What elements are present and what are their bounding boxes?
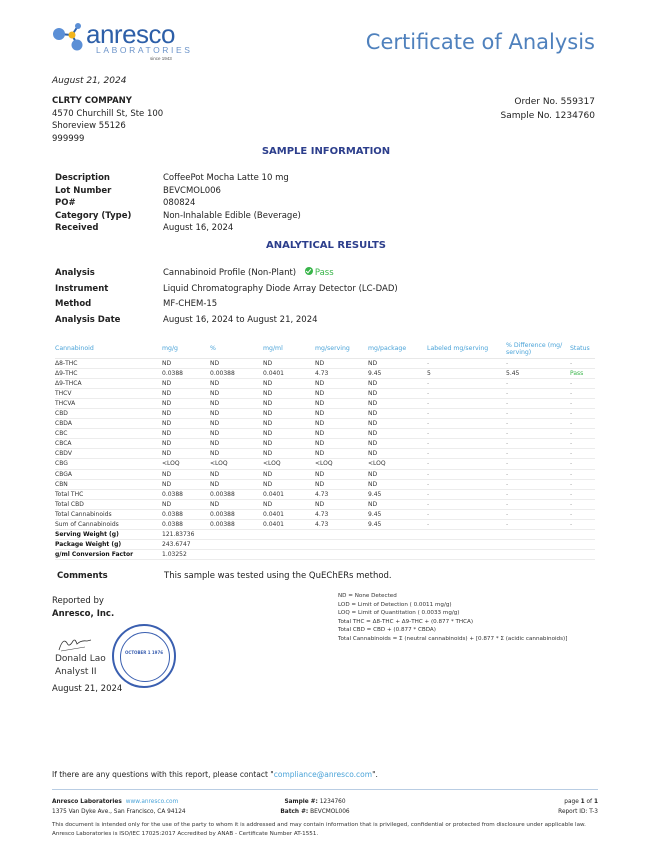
- table-cell: 4.73: [315, 509, 368, 519]
- summary-value: 1.03252: [162, 550, 210, 560]
- empty-cell: [210, 540, 595, 550]
- note-line: LOD = Limit of Detection ( 0.0011 mg/g): [338, 601, 567, 610]
- page-total: 1: [594, 799, 598, 805]
- table-cell: ND: [162, 439, 210, 449]
- reported-by: Reported by Anresco, Inc.: [52, 595, 114, 620]
- analysis-field: Analysis Cannabinoid Profile (Non-Plant)…: [55, 266, 398, 282]
- table-cell: Pass: [570, 368, 595, 378]
- table-cell: ND: [368, 419, 427, 429]
- table-cell: -: [427, 520, 506, 530]
- table-cell: 9.45: [368, 489, 427, 499]
- sample-field: DescriptionCoffeePot Mocha Latte 10 mg: [55, 172, 301, 185]
- footer-address: 1375 Van Dyke Ave., San Francisco, CA 94…: [52, 807, 186, 817]
- table-cell: ND: [368, 439, 427, 449]
- table-summary-row: g/ml Conversion Factor1.03252: [55, 550, 595, 560]
- signature-image: [55, 635, 95, 653]
- table-cell: ND: [368, 429, 427, 439]
- table-cell: -: [506, 439, 570, 449]
- table-row: Total Cannabinoids0.03880.003880.04014.7…: [55, 509, 595, 519]
- note-line: Total Cannabinoids = Σ (neutral cannabin…: [338, 635, 567, 644]
- client-address-line: Shoreview 55126: [52, 120, 163, 133]
- table-cell: -: [506, 408, 570, 418]
- table-cell: -: [506, 459, 570, 469]
- analysis-value: Cannabinoid Profile (Non-Plant): [163, 268, 296, 278]
- cannabinoid-name: Δ8-THC: [55, 358, 162, 368]
- footer-sample-label: Sample #:: [284, 799, 317, 805]
- cannabinoid-name: CBDA: [55, 419, 162, 429]
- table-cell: -: [570, 459, 595, 469]
- analysis-field: Analysis DateAugust 16, 2024 to August 2…: [55, 313, 398, 329]
- table-row: THCVNDNDNDNDND---: [55, 388, 595, 398]
- field-label: Instrument: [55, 282, 163, 298]
- note-line: Total CBD = CBD + (0.877 * CBDA): [338, 626, 567, 635]
- table-cell: -: [427, 388, 506, 398]
- table-cell: -: [570, 408, 595, 418]
- cannabinoid-name: THCVA: [55, 398, 162, 408]
- table-cell: <LOQ: [210, 459, 263, 469]
- table-cell: 0.00388: [210, 368, 263, 378]
- table-cell: <LOQ: [315, 459, 368, 469]
- document-title: Certificate of Analysis: [366, 30, 595, 54]
- sample-information-fields: DescriptionCoffeePot Mocha Latte 10 mg L…: [55, 172, 301, 235]
- footer-company: Anresco Laboratories: [52, 799, 122, 805]
- footer-batch-value: BEVCMOL006: [310, 809, 350, 815]
- logo-since: since 1943: [150, 56, 172, 61]
- table-body: Δ8-THCNDNDNDNDND---Δ9-THC0.03880.003880.…: [55, 358, 595, 560]
- table-cell: -: [506, 429, 570, 439]
- table-cell: ND: [315, 469, 368, 479]
- table-cell: ND: [315, 378, 368, 388]
- table-cell: ND: [210, 469, 263, 479]
- table-row: CBDNDNDNDNDND---: [55, 408, 595, 418]
- table-cell: -: [427, 408, 506, 418]
- table-cell: -: [506, 479, 570, 489]
- check-circle-icon: [305, 267, 313, 275]
- table-cell: 9.45: [368, 368, 427, 378]
- cannabinoid-name: Total Cannabinoids: [55, 509, 162, 519]
- reported-by-org: Anresco, Inc.: [52, 608, 114, 621]
- table-cell: ND: [315, 499, 368, 509]
- field-value: BEVCMOL006: [163, 185, 221, 198]
- table-cell: ND: [210, 449, 263, 459]
- footer-page-info: page 1 of 1 Report ID: T-3: [558, 797, 598, 817]
- table-cell: -: [506, 419, 570, 429]
- column-header: % Difference (mg/ serving): [506, 340, 570, 358]
- table-cell: -: [570, 358, 595, 368]
- table-row: CBDANDNDNDNDND---: [55, 419, 595, 429]
- table-cell: ND: [263, 388, 315, 398]
- sample-field: Lot NumberBEVCMOL006: [55, 185, 301, 198]
- analytical-results-heading: ANALYTICAL RESULTS: [0, 240, 652, 251]
- analysis-field: MethodMF-CHEM-15: [55, 297, 398, 313]
- logo-wordmark: anresco: [86, 20, 175, 48]
- table-cell: ND: [368, 388, 427, 398]
- table-row: Δ9-THC0.03880.003880.04014.739.4555.45Pa…: [55, 368, 595, 378]
- contact-prefix: If there are any questions with this rep…: [52, 770, 274, 779]
- table-cell: -: [570, 499, 595, 509]
- table-cell: ND: [210, 358, 263, 368]
- cannabinoid-name: Sum of Cannabinoids: [55, 520, 162, 530]
- legal-disclaimer: This document is intended only for the u…: [52, 821, 602, 839]
- cannabinoid-name: Total THC: [55, 489, 162, 499]
- table-cell: ND: [263, 419, 315, 429]
- table-cell: 0.0388: [162, 368, 210, 378]
- table-cell: ND: [162, 378, 210, 388]
- table-cell: 4.73: [315, 368, 368, 378]
- order-info: Order No. 559317 Sample No. 1234760: [501, 95, 596, 123]
- table-cell: <LOQ: [162, 459, 210, 469]
- summary-label: g/ml Conversion Factor: [55, 550, 162, 560]
- cannabinoid-name: Δ9-THC: [55, 368, 162, 378]
- table-cell: ND: [210, 378, 263, 388]
- table-cell: -: [570, 429, 595, 439]
- table-cell: 0.0388: [162, 489, 210, 499]
- table-cell: -: [570, 439, 595, 449]
- table-row: CBGANDNDNDNDND---: [55, 469, 595, 479]
- table-cell: ND: [368, 378, 427, 388]
- table-cell: -: [427, 499, 506, 509]
- table-cell: 0.0401: [263, 368, 315, 378]
- table-cell: ND: [162, 388, 210, 398]
- footer-batch-label: Batch #:: [280, 809, 308, 815]
- comments-section: Comments This sample was tested using th…: [57, 571, 392, 581]
- table-cell: -: [427, 378, 506, 388]
- summary-value: 121.83736: [162, 530, 210, 540]
- cannabinoid-name: CBC: [55, 429, 162, 439]
- table-cell: -: [427, 469, 506, 479]
- field-label: PO#: [55, 197, 163, 210]
- cannabinoid-name: CBG: [55, 459, 162, 469]
- table-cell: -: [570, 449, 595, 459]
- table-cell: ND: [210, 419, 263, 429]
- table-row: CBG<LOQ<LOQ<LOQ<LOQ<LOQ---: [55, 459, 595, 469]
- table-cell: ND: [315, 358, 368, 368]
- summary-label: Package Weight (g): [55, 540, 162, 550]
- field-label: Analysis Date: [55, 313, 163, 329]
- column-header: Cannabinoid: [55, 340, 162, 358]
- table-row: Sum of Cannabinoids0.03880.003880.04014.…: [55, 520, 595, 530]
- cannabinoid-name: CBD: [55, 408, 162, 418]
- table-cell: 0.0401: [263, 489, 315, 499]
- table-summary-row: Serving Weight (g)121.83736: [55, 530, 595, 540]
- table-cell: 0.0388: [162, 520, 210, 530]
- client-address-line: 999999: [52, 133, 163, 146]
- table-cell: -: [427, 509, 506, 519]
- table-cell: ND: [162, 408, 210, 418]
- table-cell: ND: [263, 499, 315, 509]
- table-cell: ND: [210, 398, 263, 408]
- table-cell: ND: [162, 398, 210, 408]
- empty-cell: [210, 550, 595, 560]
- table-cell: 0.00388: [210, 509, 263, 519]
- empty-cell: [210, 530, 595, 540]
- table-row: Δ8-THCNDNDNDNDND---: [55, 358, 595, 368]
- field-label: Method: [55, 297, 163, 313]
- table-cell: ND: [315, 419, 368, 429]
- table-cell: ND: [368, 408, 427, 418]
- table-cell: -: [570, 479, 595, 489]
- summary-value: 243.6747: [162, 540, 210, 550]
- table-cell: ND: [162, 419, 210, 429]
- footer-sample-info: Sample #: 1234760 Batch #: BEVCMOL006: [240, 797, 390, 817]
- table-cell: ND: [263, 479, 315, 489]
- table-cell: -: [427, 429, 506, 439]
- column-header: mg/serving: [315, 340, 368, 358]
- table-row: CBCNDNDNDNDND---: [55, 429, 595, 439]
- table-cell: ND: [210, 479, 263, 489]
- table-cell: -: [506, 378, 570, 388]
- table-cell: ND: [315, 408, 368, 418]
- table-cell: ND: [315, 479, 368, 489]
- table-cell: -: [427, 489, 506, 499]
- table-cell: ND: [368, 469, 427, 479]
- order-number: Order No. 559317: [501, 95, 596, 109]
- table-cell: ND: [210, 499, 263, 509]
- field-label: Category (Type): [55, 210, 163, 223]
- field-label: Received: [55, 222, 163, 235]
- table-cell: ND: [263, 408, 315, 418]
- table-cell: -: [570, 520, 595, 530]
- field-value: Cannabinoid Profile (Non-Plant) Pass: [163, 266, 334, 282]
- contact-suffix: ".: [372, 770, 378, 779]
- signature-date: August 21, 2024: [52, 684, 122, 694]
- cannabinoid-results-table: Cannabinoidmg/g%mg/mlmg/servingmg/packag…: [55, 340, 595, 560]
- analysis-status: Pass: [315, 268, 334, 278]
- logo-subtitle: LABORATORIES: [96, 45, 193, 55]
- analysis-status-badge: Pass: [305, 268, 334, 278]
- table-cell: -: [506, 469, 570, 479]
- cannabinoid-name: Δ9-THCA: [55, 378, 162, 388]
- table-cell: -: [427, 449, 506, 459]
- table-cell: ND: [315, 449, 368, 459]
- field-value: 080824: [163, 197, 195, 210]
- client-name: CLRTY COMPANY: [52, 95, 163, 108]
- table-cell: -: [506, 520, 570, 530]
- table-cell: ND: [162, 499, 210, 509]
- note-line: ND = None Detected: [338, 592, 567, 601]
- table-cell: ND: [210, 388, 263, 398]
- table-cell: 4.73: [315, 520, 368, 530]
- contact-line: If there are any questions with this rep…: [52, 770, 378, 779]
- table-cell: -: [427, 459, 506, 469]
- definitions-notes: ND = None Detected LOD = Limit of Detect…: [338, 592, 567, 644]
- footer-sample-value: 1234760: [320, 799, 346, 805]
- signer-title: Analyst II: [55, 666, 106, 679]
- note-line: Total THC = Δ8-THC + Δ9-THC + (0.877 * T…: [338, 618, 567, 627]
- cannabinoid-name: THCV: [55, 388, 162, 398]
- signer-block: Donald Lao Analyst II: [55, 653, 106, 679]
- field-label: Analysis: [55, 266, 163, 282]
- table-cell: 0.0388: [162, 509, 210, 519]
- table-row: Total CBDNDNDNDNDND---: [55, 499, 595, 509]
- page-current: 1: [581, 799, 585, 805]
- table-cell: ND: [368, 479, 427, 489]
- table-cell: ND: [263, 429, 315, 439]
- field-value: Liquid Chromatography Diode Array Detect…: [163, 282, 398, 298]
- table-cell: -: [427, 358, 506, 368]
- table-row: CBDVNDNDNDNDND---: [55, 449, 595, 459]
- signer-name: Donald Lao: [55, 653, 106, 666]
- table-cell: -: [570, 388, 595, 398]
- footer-website-link[interactable]: www.anresco.com: [126, 799, 178, 805]
- table-cell: -: [570, 398, 595, 408]
- table-cell: <LOQ: [368, 459, 427, 469]
- field-value: CoffeePot Mocha Latte 10 mg: [163, 172, 289, 185]
- table-cell: ND: [368, 358, 427, 368]
- table-cell: ND: [263, 469, 315, 479]
- table-cell: -: [570, 378, 595, 388]
- seal-text: OCTOBER 1 1976: [114, 650, 174, 655]
- sample-field: Category (Type)Non-Inhalable Edible (Bev…: [55, 210, 301, 223]
- company-logo: anresco LABORATORIES since 1943: [52, 20, 192, 60]
- table-cell: ND: [162, 358, 210, 368]
- table-cell: ND: [162, 449, 210, 459]
- column-header: mg/package: [368, 340, 427, 358]
- table-cell: ND: [315, 388, 368, 398]
- column-header: mg/ml: [263, 340, 315, 358]
- report-date: August 21, 2024: [52, 76, 126, 86]
- field-label: Description: [55, 172, 163, 185]
- field-value: MF-CHEM-15: [163, 297, 217, 313]
- column-header: mg/g: [162, 340, 210, 358]
- table-cell: 9.45: [368, 520, 427, 530]
- client-address-line: 4570 Churchill St, Ste 100: [52, 108, 163, 121]
- sample-field: PO#080824: [55, 197, 301, 210]
- table-cell: 0.00388: [210, 520, 263, 530]
- table-cell: ND: [210, 408, 263, 418]
- table-cell: -: [570, 489, 595, 499]
- table-cell: ND: [315, 398, 368, 408]
- summary-label: Serving Weight (g): [55, 530, 162, 540]
- table-cell: ND: [162, 479, 210, 489]
- table-cell: 4.73: [315, 489, 368, 499]
- table-cell: -: [506, 489, 570, 499]
- table-cell: -: [427, 398, 506, 408]
- cannabinoid-name: CBCA: [55, 439, 162, 449]
- table-cell: -: [506, 398, 570, 408]
- table-cell: ND: [263, 378, 315, 388]
- table-row: CBNNDNDNDNDND---: [55, 479, 595, 489]
- table-cell: -: [427, 419, 506, 429]
- field-label: Lot Number: [55, 185, 163, 198]
- sample-information-heading: SAMPLE INFORMATION: [0, 146, 652, 157]
- column-header: Status: [570, 340, 595, 358]
- table-cell: 0.0401: [263, 520, 315, 530]
- cannabinoid-name: Total CBD: [55, 499, 162, 509]
- table-cell: ND: [210, 429, 263, 439]
- table-cell: 0.0401: [263, 509, 315, 519]
- table-cell: ND: [263, 398, 315, 408]
- table-cell: ND: [210, 439, 263, 449]
- table-cell: ND: [368, 499, 427, 509]
- table-cell: -: [427, 479, 506, 489]
- comments-text: This sample was tested using the QuEChER…: [164, 571, 392, 581]
- analysis-field: InstrumentLiquid Chromatography Diode Ar…: [55, 282, 398, 298]
- table-cell: ND: [162, 429, 210, 439]
- table-cell: -: [570, 509, 595, 519]
- analysis-fields: Analysis Cannabinoid Profile (Non-Plant)…: [55, 266, 398, 328]
- table-cell: <LOQ: [263, 459, 315, 469]
- table-cell: ND: [263, 439, 315, 449]
- table-cell: ND: [315, 439, 368, 449]
- field-value: Non-Inhalable Edible (Beverage): [163, 210, 301, 223]
- table-cell: -: [506, 449, 570, 459]
- page-prefix: page: [564, 799, 578, 805]
- table-row: Δ9-THCANDNDNDNDND---: [55, 378, 595, 388]
- notary-seal: OCTOBER 1 1976: [112, 624, 176, 688]
- compliance-email-link[interactable]: compliance@anresco.com: [274, 770, 372, 779]
- footer-lab-info: Anresco Laboratorieswww.anresco.com 1375…: [52, 797, 186, 817]
- table-cell: -: [506, 388, 570, 398]
- table-header-row: Cannabinoidmg/g%mg/mlmg/servingmg/packag…: [55, 340, 595, 358]
- report-id: Report ID: T-3: [558, 807, 598, 817]
- table-cell: ND: [263, 358, 315, 368]
- column-header: Labeled mg/serving: [427, 340, 506, 358]
- table-cell: ND: [263, 449, 315, 459]
- table-cell: 9.45: [368, 509, 427, 519]
- table-cell: -: [570, 419, 595, 429]
- table-row: THCVANDNDNDNDND---: [55, 398, 595, 408]
- field-value: August 16, 2024: [163, 222, 233, 235]
- table-cell: -: [427, 439, 506, 449]
- table-cell: ND: [315, 429, 368, 439]
- table-cell: 5: [427, 368, 506, 378]
- comments-label: Comments: [57, 571, 164, 581]
- reported-by-label: Reported by: [52, 595, 114, 608]
- field-value: August 16, 2024 to August 21, 2024: [163, 313, 318, 329]
- cannabinoid-name: CBGA: [55, 469, 162, 479]
- table-cell: -: [506, 358, 570, 368]
- table-summary-row: Package Weight (g)243.6747: [55, 540, 595, 550]
- footer-divider: [52, 789, 598, 790]
- cannabinoid-name: CBDV: [55, 449, 162, 459]
- table-cell: 0.00388: [210, 489, 263, 499]
- client-address-block: CLRTY COMPANY 4570 Churchill St, Ste 100…: [52, 95, 163, 145]
- table-cell: -: [506, 509, 570, 519]
- note-line: LOQ = Limit of Quantitation ( 0.0033 mg/…: [338, 609, 567, 618]
- table-cell: ND: [368, 449, 427, 459]
- page-of: of: [587, 799, 593, 805]
- table-cell: -: [570, 469, 595, 479]
- table-row: CBCANDNDNDNDND---: [55, 439, 595, 449]
- table-cell: 5.45: [506, 368, 570, 378]
- cannabinoid-name: CBN: [55, 479, 162, 489]
- table-cell: ND: [162, 469, 210, 479]
- table-cell: -: [506, 499, 570, 509]
- table-row: Total THC0.03880.003880.04014.739.45---: [55, 489, 595, 499]
- sample-field: ReceivedAugust 16, 2024: [55, 222, 301, 235]
- column-header: %: [210, 340, 263, 358]
- sample-number: Sample No. 1234760: [501, 109, 596, 123]
- table-cell: ND: [368, 398, 427, 408]
